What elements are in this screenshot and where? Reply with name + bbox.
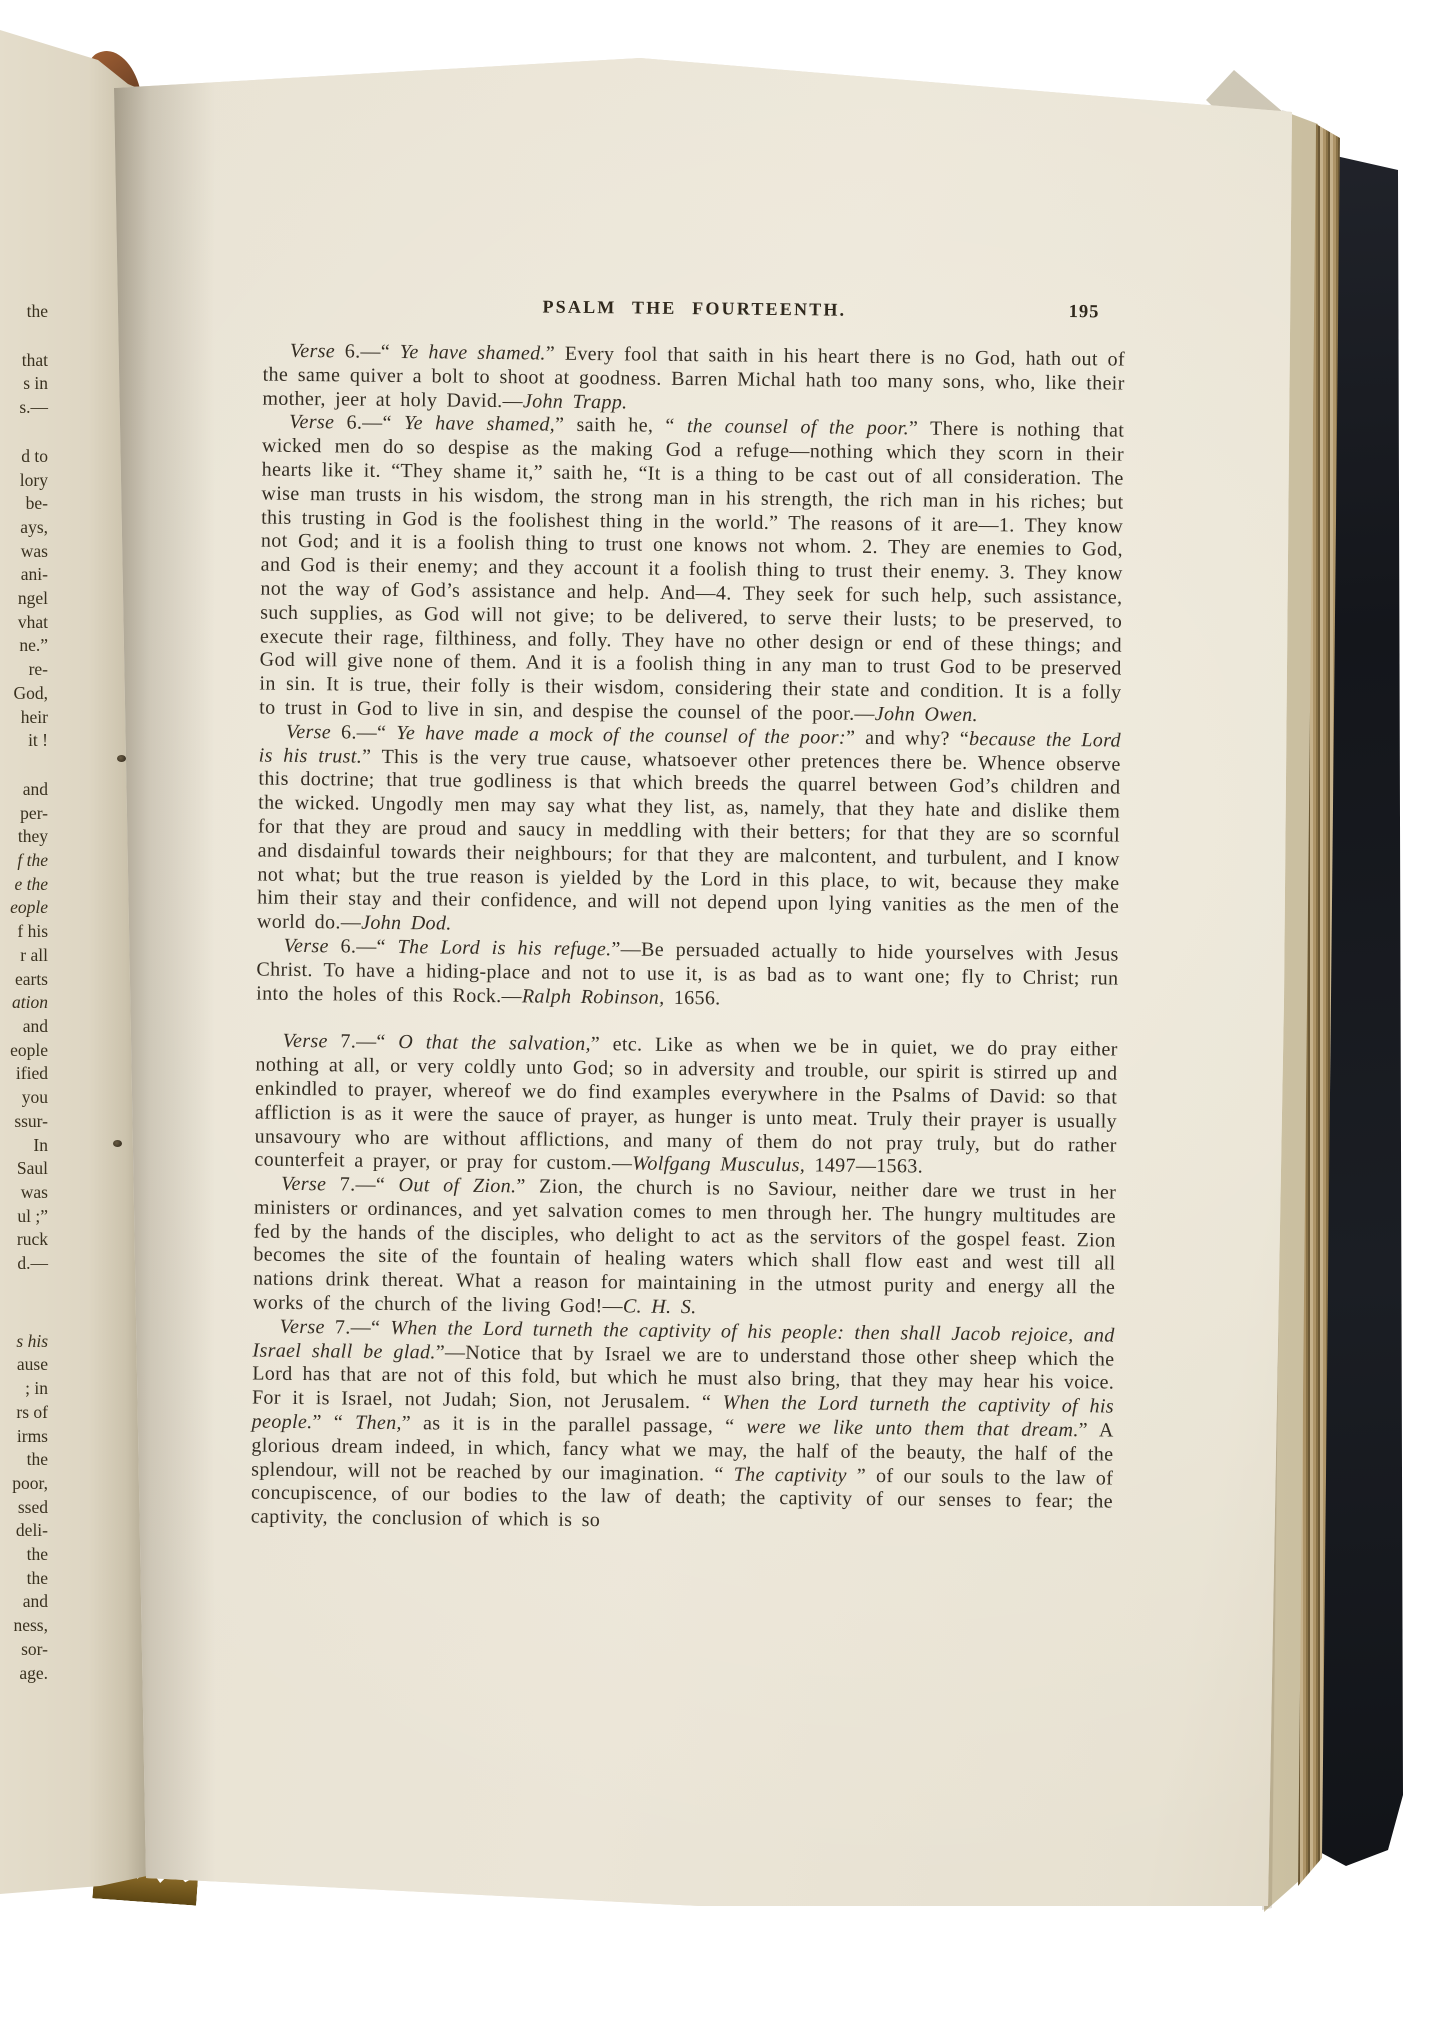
page-text: Verse 6.—“ Ye have shamed.” Every fool t… [251,340,1125,1539]
fragment-group: d tolorybe-ays,wasani-ngelvhatne.”re-God… [0,445,48,753]
fragment-line: ssed [0,1496,48,1520]
paragraph: Verse 6.—“ Ye have shamed,” saith he, “ … [259,411,1124,729]
fragment-line: In [0,1134,48,1158]
fragment-line: s his [0,1330,48,1354]
fragment-line: ssur- [0,1110,48,1134]
fragment-line: was [0,1181,48,1205]
fragment-line: ation [0,991,48,1015]
fragment-line: ul ;” [0,1205,48,1229]
fragment-line: that [0,349,48,373]
fragment-line: be- [0,492,48,516]
text-segment: 6.—“ [329,935,398,958]
fragment-line: ngel [0,587,48,611]
fragment-line: f his [0,920,48,944]
fragment-line: re- [0,658,48,682]
fragment-group: thats ins.— [0,349,48,420]
text-segment: Then, [355,1412,402,1434]
paragraph: Verse 7.—“ O that the salvation,” etc. L… [254,1030,1117,1182]
fragment-line: the [0,300,48,324]
text-segment: 1656. [664,986,720,1009]
text-segment: ” as it is in the parallel passage, “ [402,1412,747,1438]
text-segment: 6.—“ [331,721,396,744]
text-segment: 6.—“ [335,340,400,363]
text-segment: Verse [290,340,335,362]
text-segment: the counsel of the poor. [687,415,909,439]
fragment-line: ness, [0,1614,48,1638]
text-segment: John Trapp. [523,390,628,413]
text-segment: John Dod. [361,912,452,935]
fragment-line: poor, [0,1472,48,1496]
fragment-line: ani- [0,563,48,587]
text-segment: Ye have made a mock of the counsel of th… [396,722,846,749]
fragment-line: rs of [0,1401,48,1425]
text-segment: Verse [283,1030,328,1052]
fragment-line: ; in [0,1377,48,1401]
paragraph: Verse 7.—“ Out of Zion.” Zion, the churc… [253,1173,1116,1325]
text-segment: 7.—“ [326,1173,399,1196]
fragment-line: vhat [0,611,48,635]
running-head: PSALM THE FOURTEENTH. [263,294,1125,324]
fragment-line: God, [0,682,48,706]
text-segment: The captivity [734,1463,847,1486]
paragraph: Verse 7.—“ When the Lord turneth the cap… [251,1315,1115,1538]
text-segment: Verse [289,411,334,433]
text-segment: Verse [286,721,331,743]
fragment-line: they [0,825,48,849]
text-segment: Out of Zion. [399,1174,517,1197]
text-segment: The Lord is his refuge. [398,936,612,960]
text-segment: C. H. S. [623,1295,697,1318]
fragment-line: lory [0,469,48,493]
fragment-line: ne.” [0,634,48,658]
page-number: 195 [1069,302,1100,323]
text-segment: 7.—“ [328,1031,399,1054]
text-segment: ” and why? “ [846,726,969,749]
fragment-group: the [0,300,48,324]
text-segment: Ralph Robinson, [522,985,665,1008]
paragraph: Verse 6.—“ Ye have shamed.” Every fool t… [262,340,1125,420]
fragment-line: ruck [0,1228,48,1252]
fragment-line: Saul [0,1157,48,1181]
fragment-line: the [0,1448,48,1472]
text-segment: Wolfgang Musculus, [632,1153,805,1177]
fragment-line: per- [0,802,48,826]
text-segment: were we like unto them that dream. [746,1416,1078,1441]
fragment-line: ified [0,1062,48,1086]
fragment-line: eople [0,896,48,920]
paragraph: Verse 6.—“ The Lord is his refuge.”—Be p… [256,934,1119,1014]
paragraph: Verse 6.—“ Ye have made a mock of the co… [257,720,1121,943]
text-segment: ” “ [312,1411,355,1433]
fragment-line: e the [0,873,48,897]
text-segment: Verse [280,1316,325,1338]
page-header: PSALM THE FOURTEENTH. 195 [263,294,1125,329]
fragment-line: ays, [0,516,48,540]
text-segment: ” This is the very true cause, whatsoeve… [257,745,1121,934]
text-segment: 7.—“ [325,1316,391,1339]
fragment-line: s in [0,372,48,396]
fragment-line: age. [0,1662,48,1686]
fragment-group: andper-theyf thee theeoplef hisr alleart… [0,778,48,1276]
fragment-line: you [0,1086,48,1110]
fragment-line: and [0,1590,48,1614]
fragment-line: and [0,778,48,802]
text-segment: 1497—1563. [805,1155,923,1178]
text-segment: Verse [281,1173,326,1195]
page-content: PSALM THE FOURTEENTH. 195 Verse 6.—“ Ye … [99,60,1294,1540]
fragment-line: and [0,1015,48,1039]
fragment-line: the [0,1543,48,1567]
text-segment: John Owen. [875,703,978,726]
text-segment: Verse [284,935,329,957]
fragment-line: d.— [0,1252,48,1276]
fragment-line: s.— [0,396,48,420]
fragment-line: deli- [0,1519,48,1543]
book-photo: thethats ins.—d tolorybe-ays,wasani-ngel… [0,0,1445,2023]
fragment-line: irms [0,1425,48,1449]
fragment-line: f the [0,849,48,873]
fragment-line: ause [0,1353,48,1377]
fragment-line: heir [0,706,48,730]
text-segment: O that the salvation, [398,1031,591,1055]
fragment-group: s hisause; inrs ofirmsthepoor,sseddeli-t… [0,1330,48,1686]
fragment-line: was [0,540,48,564]
text-segment: ” saith he, “ [555,414,687,437]
fragment-line: the [0,1567,48,1591]
fragment-line: eople [0,1039,48,1063]
fragment-line: it ! [0,729,48,753]
fragment-line: r all [0,944,48,968]
fragment-line: earts [0,968,48,992]
fragment-line: d to [0,445,48,469]
text-segment: 6.—“ [334,412,404,435]
fragment-line: sor- [0,1638,48,1662]
text-segment: Ye have shamed, [404,412,555,436]
facing-page-text-fragments: thethats ins.—d tolorybe-ays,wasani-ngel… [0,300,48,1685]
text-segment: Ye have shamed. [400,341,546,365]
text-segment: ” There is nothing that wicked men do so… [259,418,1124,725]
